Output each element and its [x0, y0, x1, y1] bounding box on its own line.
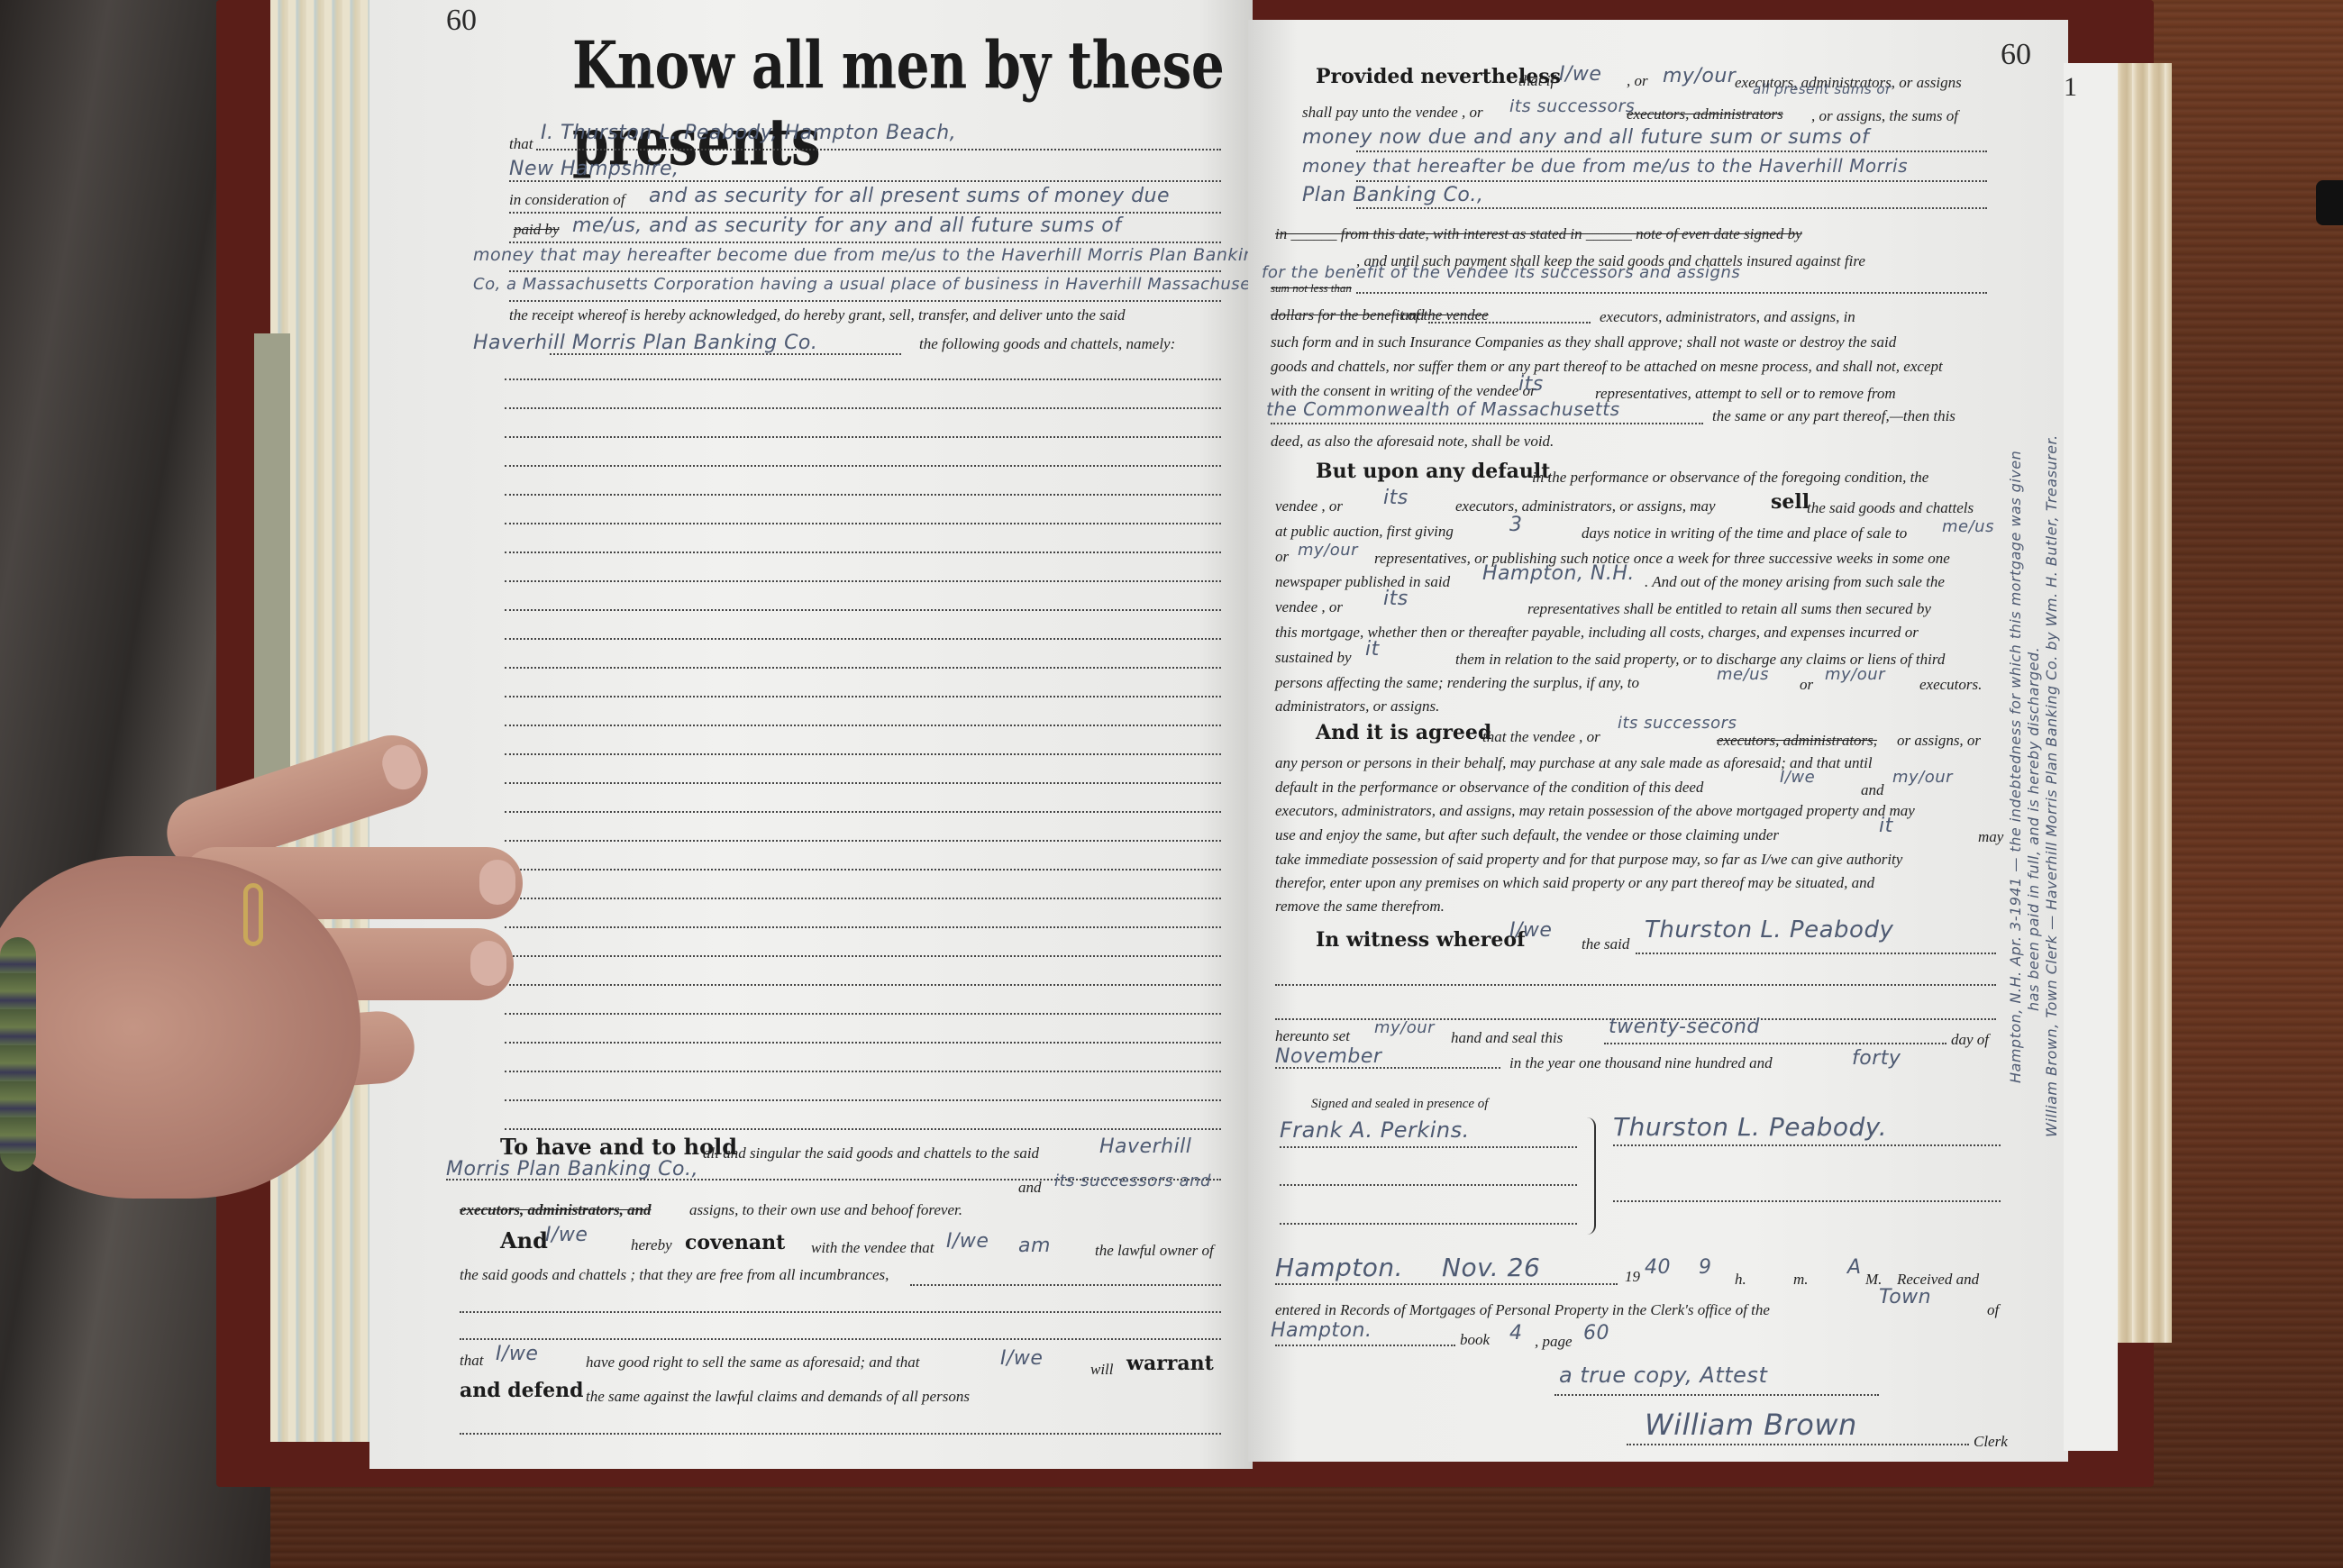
- proviso-line-4: money that hereafter be due from me/us t…: [1302, 155, 1908, 177]
- covenant-owner: the lawful owner of: [1095, 1242, 1214, 1260]
- ins-line-4a: with the consent in writing of the vende…: [1271, 382, 1536, 400]
- habendum-text: all and singular the said goods and chat…: [703, 1144, 1039, 1162]
- insurance-insert: for the benefit of the vendee its succes…: [1262, 263, 1740, 282]
- rule: [1280, 1184, 1577, 1186]
- right-will: will: [1090, 1361, 1114, 1379]
- witness-signature: Frank A. Perkins.: [1280, 1117, 1470, 1143]
- default-exec: executors, administrators, or assigns, m…: [1455, 497, 1716, 515]
- habendum-successors: its successors and: [1054, 1171, 1211, 1190]
- proviso-its-successors: its successors: [1509, 96, 1635, 116]
- rule: [509, 180, 1221, 182]
- default-notice: days notice in writing of the time and p…: [1582, 524, 1907, 542]
- camera-object: [2316, 180, 2343, 225]
- goods-label: the following goods and chattels, namely…: [919, 335, 1175, 353]
- received-place: Hampton.: [1275, 1253, 1403, 1282]
- agreed-it: it: [1879, 815, 1893, 837]
- witness-lead: In witness whereof: [1316, 928, 1525, 952]
- entered-town-type: Town: [1879, 1286, 1931, 1308]
- rule: [460, 1311, 1221, 1313]
- covenant-am: am: [1018, 1235, 1051, 1257]
- received-year-prefix: 19: [1625, 1268, 1640, 1286]
- proviso-that-if: that if: [1518, 72, 1554, 90]
- covenant-iwe-2: I/we: [946, 1230, 989, 1253]
- proviso-or: , or: [1627, 72, 1648, 90]
- default-town: Hampton, N.H.: [1482, 562, 1635, 585]
- default-text-1: in the performance or observance of the …: [1532, 469, 1928, 487]
- year-text: in the year one thousand nine hundred an…: [1509, 1054, 1773, 1072]
- default-vendee-2: vendee , or: [1275, 598, 1343, 616]
- default-vendee: vendee , or: [1275, 497, 1343, 515]
- default-its-3: it: [1365, 638, 1380, 661]
- agreed-myour: my/our: [1892, 768, 1953, 787]
- rule: [1275, 1345, 1455, 1346]
- rule: [910, 1284, 1221, 1286]
- entered-town: Hampton.: [1271, 1319, 1372, 1342]
- margin-discharge-note-1: Hampton, N.H. Apr. 3-1941 — the indebted…: [2007, 451, 2024, 1083]
- proviso-iwe: I/we: [1559, 63, 1601, 86]
- rule: [509, 300, 1221, 302]
- agreed-line-6: take immediate possession of said proper…: [1275, 851, 1902, 869]
- rule: [509, 212, 1221, 214]
- struck-sum: sum not less than: [1271, 281, 1352, 296]
- receipt-text: the receipt whereof is hereby acknowledg…: [509, 306, 1125, 324]
- agreed-lead: And it is agreed: [1316, 721, 1491, 744]
- book-number: 4: [1509, 1322, 1523, 1345]
- hand-seal: hand and seal this: [1451, 1029, 1563, 1047]
- habendum-lead: To have and to hold: [500, 1134, 737, 1160]
- received-ampm: A: [1847, 1256, 1862, 1279]
- ins-exec: executors, administrators, and assigns, …: [1600, 308, 1855, 326]
- ins-and: and: [1401, 306, 1425, 324]
- witness-said: the said: [1582, 935, 1629, 953]
- entered-of: of: [1987, 1301, 1999, 1319]
- default-meus: me/us: [1942, 517, 1994, 536]
- habendum-end: assigns, to their own use and behoof for…: [689, 1201, 962, 1219]
- received-year-suffix: 40: [1645, 1256, 1671, 1279]
- covenant-hereby: hereby: [631, 1236, 672, 1254]
- rule: [1613, 1200, 2001, 1202]
- rule: [1275, 1283, 1618, 1285]
- proviso-insert: all present sums or: [1753, 81, 1892, 97]
- right-iwe: I/we: [496, 1343, 538, 1365]
- covenant-text: with the vendee that: [811, 1239, 934, 1257]
- grantor-signature: Thurston L. Peabody.: [1613, 1112, 1887, 1142]
- rule: [460, 1338, 1221, 1340]
- agreed-assigns: or assigns, or: [1897, 732, 1981, 750]
- agreed-line-7: therefor, enter upon any premises on whi…: [1275, 874, 1874, 892]
- default-its: its: [1383, 487, 1409, 509]
- proviso-shall-pay: shall pay unto the vendee , or: [1302, 104, 1483, 122]
- rule: [1271, 423, 1703, 424]
- habendum-and: and: [1018, 1179, 1042, 1197]
- bracelet: [0, 937, 36, 1171]
- agreed-line-5: use and enjoy the same, but after such d…: [1275, 826, 1779, 844]
- ins-place: the Commonwealth of Massachusetts: [1266, 398, 1620, 420]
- month-written: November: [1275, 1045, 1381, 1068]
- received-m: m.: [1793, 1271, 1809, 1289]
- default-or: or: [1275, 548, 1289, 566]
- page-number: 60: [2001, 38, 2031, 72]
- next-page-sliver: 1: [2064, 63, 2118, 1451]
- proviso-struck: executors, administrators: [1627, 105, 1783, 123]
- default-auction: at public auction, first giving: [1275, 523, 1454, 541]
- rule: [1627, 1444, 1969, 1445]
- rule: [509, 242, 1221, 243]
- consideration-line-3: money that may hereafter become due from…: [473, 245, 1266, 265]
- ins-line-3: goods and chattels, nor suffer them or a…: [1271, 358, 1943, 376]
- ins-line-4b: representatives, attempt to sell or to r…: [1595, 385, 1896, 403]
- clerk-signature: William Brown: [1645, 1408, 1857, 1442]
- agreed-may: may: [1978, 828, 2003, 846]
- left-page: 60 Know all men by these presents that I…: [369, 0, 1253, 1469]
- page-ref: 60: [1583, 1322, 1609, 1345]
- default-days: 3: [1509, 514, 1523, 536]
- hereunto-myour: my/our: [1374, 1018, 1435, 1037]
- covenant-iwe: I/we: [545, 1224, 588, 1246]
- consideration-label: in consideration of: [509, 191, 624, 209]
- year-written: forty: [1852, 1047, 1901, 1070]
- rule: [1613, 1144, 2001, 1146]
- palm: [0, 856, 360, 1199]
- hereunto-label: hereunto set: [1275, 1027, 1350, 1045]
- ins-line-6: deed, as also the aforesaid note, shall …: [1271, 433, 1554, 451]
- defend-text: the same against the lawful claims and d…: [586, 1388, 970, 1406]
- proviso-line-5: Plan Banking Co.,: [1302, 184, 1483, 206]
- agreed-and: and: [1861, 781, 1884, 799]
- agreed-iwe: I/we: [1780, 768, 1815, 787]
- rule: [1275, 984, 1996, 986]
- covenant-lead: And: [500, 1227, 548, 1253]
- consideration-line-1: and as security for all present sums of …: [649, 185, 1170, 207]
- grantor-line-2: New Hampshire,: [509, 158, 679, 180]
- that-label: that: [509, 135, 533, 153]
- default-retain: representatives shall be entitled to ret…: [1527, 600, 1931, 618]
- default-admin: administrators, or assigns.: [1275, 697, 1439, 716]
- default-meus-2: me/us: [1717, 665, 1769, 684]
- right-iwe-2: I/we: [1000, 1347, 1043, 1370]
- rule: [536, 149, 1221, 150]
- book-label: book: [1460, 1331, 1490, 1349]
- covenant-word: covenant: [685, 1231, 785, 1254]
- rule: [550, 353, 901, 355]
- page-label: , page: [1535, 1333, 1573, 1351]
- agreed-line-3: default in the performance or observance…: [1275, 779, 1703, 797]
- default-myour-2: my/our: [1825, 665, 1885, 684]
- agreed-text: that the vendee , or: [1482, 728, 1600, 746]
- default-surplus: persons affecting the same; rendering th…: [1275, 674, 1639, 692]
- covenant-line-2: the said goods and chattels ; that they …: [460, 1266, 889, 1284]
- default-reps: representatives, or publishing such noti…: [1374, 550, 1950, 568]
- agreed-struck: executors, administrators,: [1717, 732, 1877, 750]
- right-that: that: [460, 1352, 483, 1370]
- clerk-label: Clerk: [1974, 1433, 2008, 1451]
- margin-discharge-note-2: has been paid in full, and is hereby dis…: [2025, 647, 2042, 1011]
- ins-its: its: [1518, 373, 1544, 396]
- day-written: twenty-second: [1609, 1016, 1760, 1038]
- rule: [1280, 1146, 1577, 1148]
- page-number: 60: [446, 4, 477, 38]
- warrant-word: warrant: [1126, 1352, 1214, 1375]
- default-goods: the said goods and chattels: [1807, 499, 1974, 517]
- default-myour: my/our: [1298, 541, 1358, 560]
- ribbon-bookmark: [254, 333, 290, 784]
- rule: [1636, 953, 1996, 954]
- default-sustained: sustained by: [1275, 649, 1352, 667]
- rule: [1275, 1067, 1500, 1069]
- rule: [509, 270, 1221, 272]
- grantor-line-1: I. Thurston L. Peabody, Hampton Beach,: [541, 122, 956, 144]
- received-hour: 9: [1699, 1256, 1712, 1279]
- day-of: day of: [1951, 1031, 1989, 1049]
- default-newspaper: newspaper published in said: [1275, 573, 1450, 591]
- rule: [1604, 1043, 1946, 1044]
- struck-from-date: in ______ from this date, with interest …: [1275, 225, 1802, 243]
- proviso-myour: my/our: [1663, 65, 1736, 87]
- right-page: 60 Provided nevertheless that if I/we , …: [1248, 20, 2068, 1462]
- consideration-line-4: Co, a Massachusetts Corporation having a…: [473, 275, 1273, 294]
- proviso-assigns-sums: , or assigns, the sums of: [1811, 107, 1958, 125]
- rule: [460, 1433, 1221, 1435]
- ins-line-5: the same or any part thereof,—then this: [1712, 407, 1956, 425]
- rule: [1280, 1223, 1577, 1225]
- margin-discharge-note-3: William Brown, Town Clerk — Haverhill Mo…: [2043, 434, 2060, 1137]
- right-text: have good right to sell the same as afor…: [586, 1354, 920, 1372]
- default-its-2: its: [1383, 588, 1409, 610]
- agreed-its: its successors: [1618, 714, 1737, 733]
- ring: [243, 883, 263, 946]
- signature-brace: [1583, 1117, 1596, 1235]
- received-h: h.: [1735, 1271, 1746, 1289]
- next-page-number: 1: [2064, 72, 2077, 103]
- paid-by-struck: paid by: [514, 221, 560, 239]
- habendum-grantee-1: Haverhill: [1099, 1135, 1191, 1158]
- ins-line-2: such form and in such Insurance Companie…: [1271, 333, 1896, 351]
- default-exec-2: executors.: [1919, 676, 1982, 694]
- agreed-line-4: executors, administrators, and assigns, …: [1275, 802, 1915, 820]
- witness-iwe: I/we: [1509, 919, 1552, 942]
- rule: [1356, 180, 1987, 182]
- proviso-line-3: money now due and any and all future sum…: [1302, 126, 1869, 149]
- rule: [1356, 150, 1987, 152]
- true-copy: a true copy, Attest: [1559, 1363, 1767, 1388]
- signed-label: Signed and sealed in presence of: [1311, 1097, 1488, 1112]
- rule: [1554, 1394, 1879, 1396]
- rule: [1428, 322, 1591, 324]
- default-lead: But upon any default: [1316, 460, 1550, 483]
- hand-holding-page: [0, 748, 505, 1217]
- rule: [1356, 292, 1987, 294]
- default-or-2: or: [1800, 676, 1813, 694]
- default-sell: sell: [1771, 490, 1810, 514]
- witness-name: Thurston L. Peabody: [1645, 916, 1893, 944]
- default-money: . And out of the money arising from such…: [1645, 573, 1945, 591]
- consideration-line-2: me/us, and as security for any and all f…: [572, 214, 1122, 237]
- received-date: Nov. 26: [1442, 1253, 1540, 1282]
- rule: [1356, 207, 1987, 209]
- agreed-line-8: remove the same therefrom.: [1275, 898, 1445, 916]
- defend-word: and defend: [460, 1379, 584, 1402]
- entered-text: entered in Records of Mortgages of Perso…: [1275, 1301, 1770, 1319]
- grantee-name: Haverhill Morris Plan Banking Co.: [473, 332, 817, 354]
